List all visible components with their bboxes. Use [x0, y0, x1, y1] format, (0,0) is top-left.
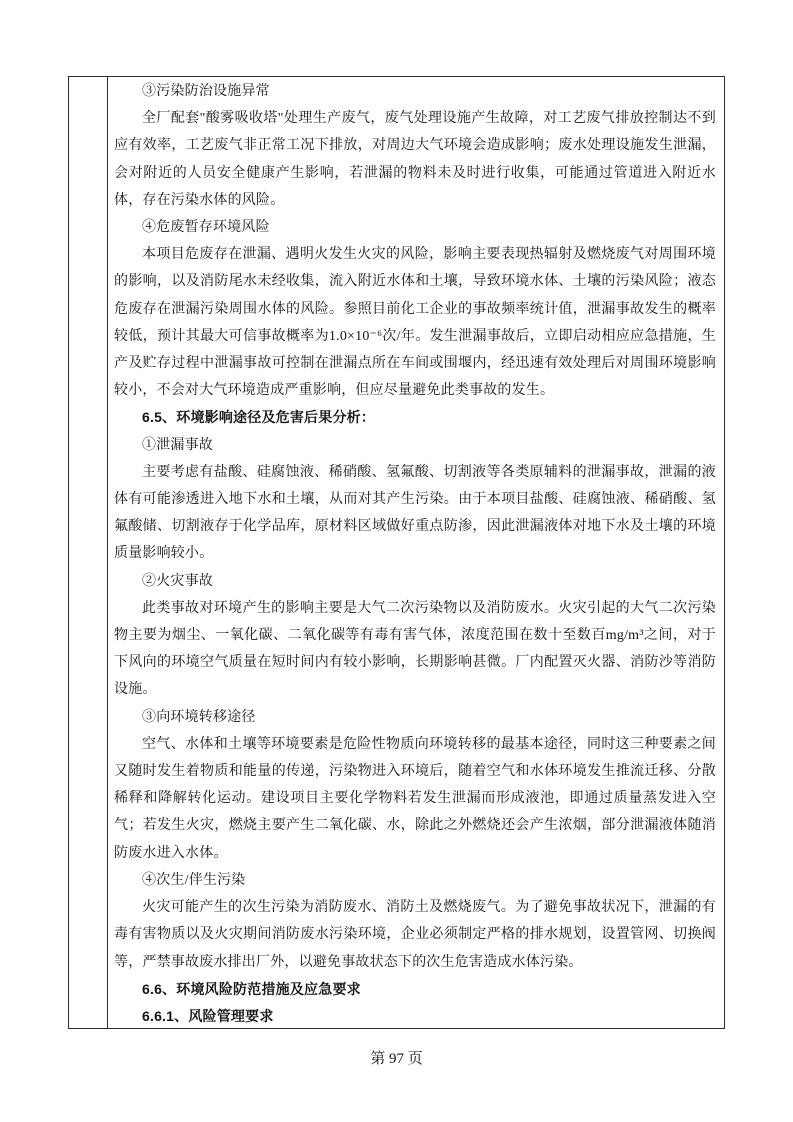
- page-number: 第 97 页: [0, 1048, 793, 1070]
- section-heading: 6.6、环境风险防范措施及应急要求: [114, 976, 716, 1003]
- paragraph: 全厂配套"酸雾吸收塔"处理生产废气，废气处理设施产生故障，对工艺废气排放控制达不…: [114, 105, 716, 214]
- table-left-column-cell: [69, 77, 108, 1028]
- item-heading: ④危废暂存环境风险: [114, 214, 716, 241]
- paragraph: 此类事故对环境产生的影响主要是大气二次污染物以及消防废水。火灾引起的大气二次污染…: [114, 595, 716, 704]
- document-table: ③污染防治设施异常全厂配套"酸雾吸收塔"处理生产废气，废气处理设施产生故障，对工…: [68, 76, 725, 1029]
- paragraph: 本项目危废存在泄漏、遇明火发生火灾的风险，影响主要表现热辐射及燃烧废气对周围环境…: [114, 241, 716, 404]
- item-heading: ③污染防治设施异常: [114, 78, 716, 105]
- paragraph: 空气、水体和土壤等环境要素是危险性物质向环境转移的最基本途径，同时这三种要素之间…: [114, 731, 716, 867]
- document-content-cell: ③污染防治设施异常全厂配套"酸雾吸收塔"处理生产废气，废气处理设施产生故障，对工…: [108, 77, 724, 1028]
- item-heading: ④次生/伴生污染: [114, 867, 716, 894]
- document-page: ③污染防治设施异常全厂配套"酸雾吸收塔"处理生产废气，废气处理设施产生故障，对工…: [0, 0, 793, 1122]
- item-heading: ①泄漏事故: [114, 432, 716, 459]
- item-heading: ②火灾事故: [114, 568, 716, 595]
- paragraph: 主要考虑有盐酸、硅腐蚀液、稀硝酸、氢氟酸、切割液等各类原辅料的泄漏事故，泄漏的液…: [114, 459, 716, 568]
- paragraph: 火灾可能产生的次生污染为消防废水、消防土及燃烧废气。为了避免事故状况下，泄漏的有…: [114, 894, 716, 976]
- section-heading: 6.6.1、风险管理要求: [114, 1003, 716, 1028]
- section-heading: 6.5、环境影响途径及危害后果分析：: [114, 404, 716, 431]
- item-heading: ③向环境转移途径: [114, 704, 716, 731]
